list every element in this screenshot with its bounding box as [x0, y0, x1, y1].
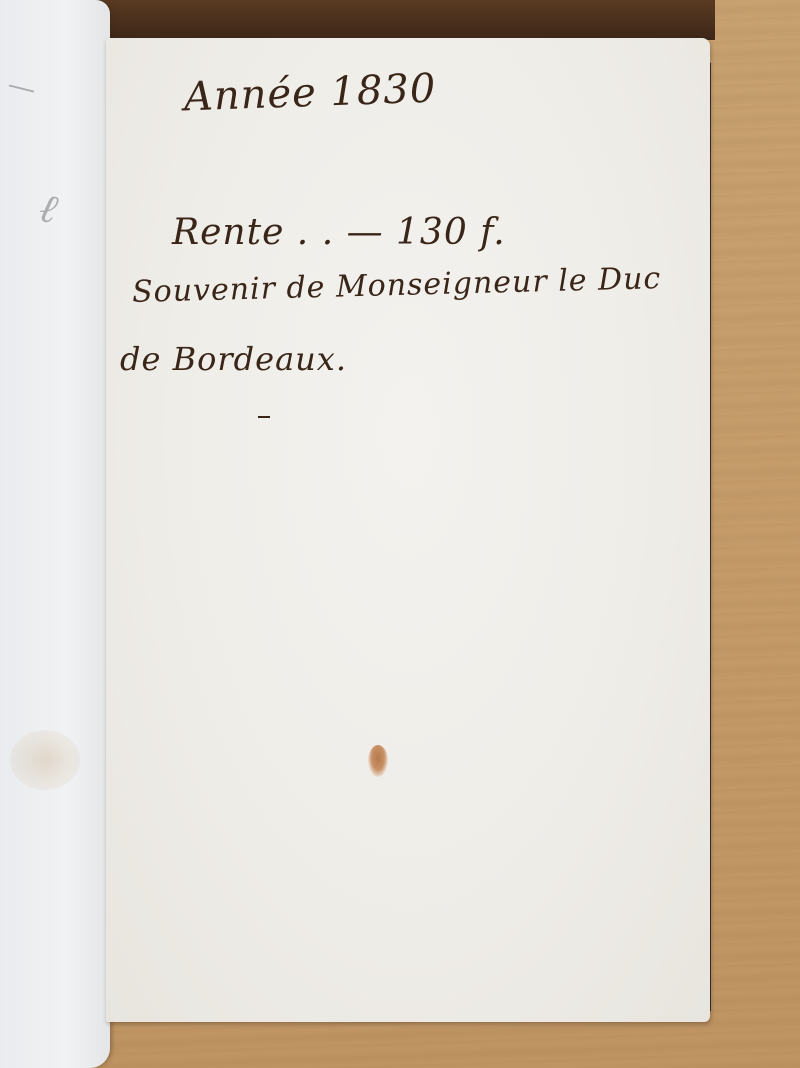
bleed-through-mark: ℓ: [35, 184, 63, 234]
inscription-line-bordeaux: de Bordeaux.: [120, 340, 347, 378]
foxing-spot: [368, 745, 388, 777]
book-cover-top: [95, 0, 715, 40]
inscription-line-rente: Rente . . — 130 f.: [172, 212, 506, 253]
bleed-through-mark: —: [4, 67, 39, 106]
right-page: [106, 38, 710, 1022]
stain: [10, 730, 80, 790]
ink-dash: [258, 416, 270, 418]
inscription-title: Année 1830: [183, 66, 437, 121]
left-page: — ℓ: [0, 0, 110, 1068]
